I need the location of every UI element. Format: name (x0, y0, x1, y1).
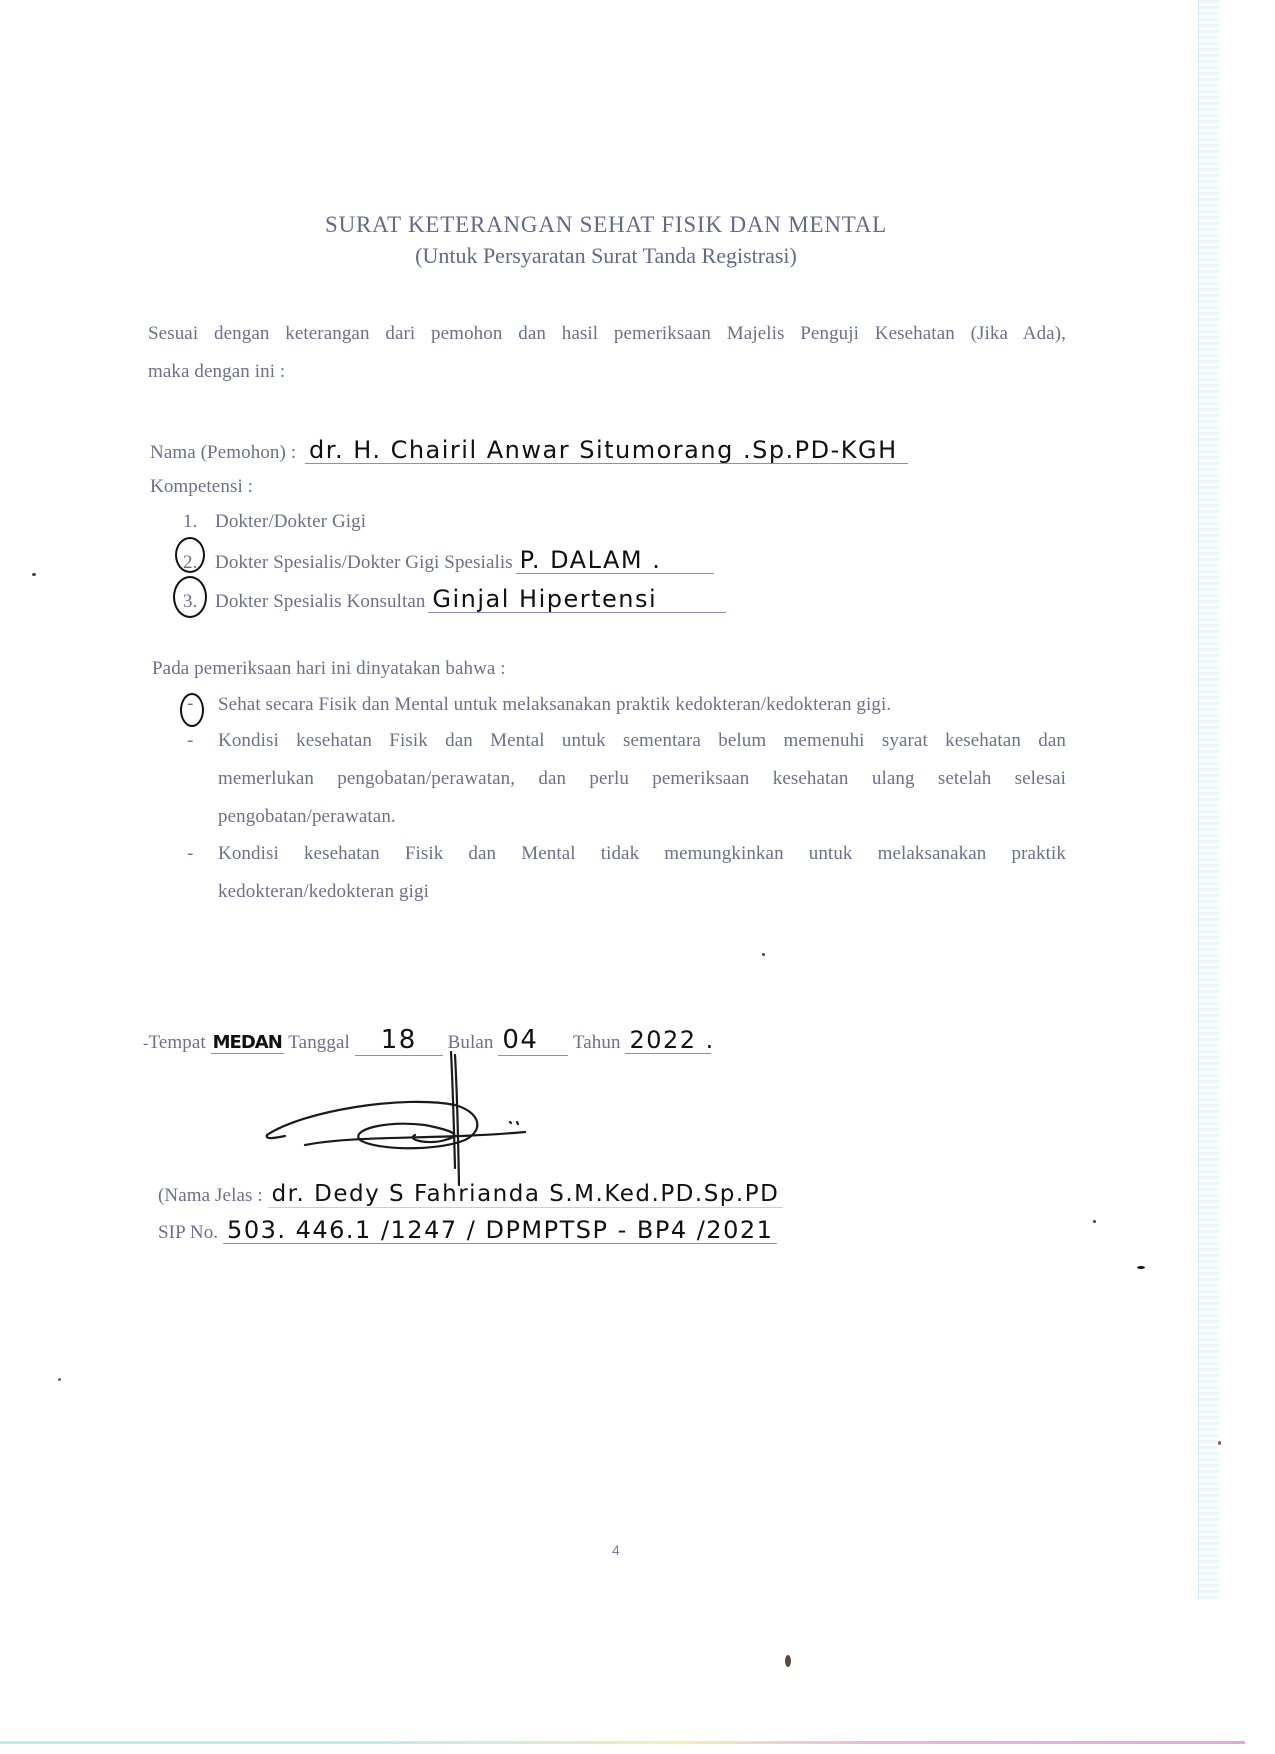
page-number: 4 (612, 1542, 620, 1558)
place-label: Tempat (148, 1032, 205, 1053)
competence-item-1: 1.Dokter/Dokter Gigi (183, 511, 366, 533)
competence-item-label: Dokter Spesialis Konsultan (215, 591, 426, 612)
option-2-line-1: Kondisi kesehatan Fisik dan Mental untuk… (218, 730, 1066, 752)
competence-item-label: Dokter/Dokter Gigi (215, 511, 366, 532)
competence-item-number: 1. (183, 511, 215, 533)
scan-artifact-bottom-line (0, 1741, 1245, 1744)
scan-speck (762, 953, 765, 956)
option-bullet: - (187, 730, 193, 752)
scan-speck (32, 573, 36, 576)
document-subtitle: (Untuk Persyaratan Surat Tanda Registras… (0, 243, 1212, 269)
option-bullet: - (187, 693, 193, 715)
option-2-line-2: memerlukan pengobatan/perawatan, dan per… (218, 768, 1066, 790)
intro-line-1: Sesuai dengan keterangan dari pemohon da… (148, 323, 1066, 345)
scan-speck (785, 1655, 791, 1667)
option-2-line-3: pengobatan/perawatan. (218, 806, 396, 828)
statement-label: Pada pemeriksaan hari ini dinyatakan bah… (152, 658, 506, 680)
scan-artifact-band (1198, 0, 1219, 1600)
competence-item-3: 3.Dokter Spesialis Konsultan Ginjal Hipe… (183, 586, 726, 613)
option-1-line-1: Sehat secara Fisik dan Mental untuk mela… (218, 694, 891, 716)
applicant-row: Nama (Pemohon) : dr. H. Chairil Anwar Si… (150, 437, 908, 464)
specialist-field[interactable]: P. DALAM . (516, 547, 714, 574)
year-field[interactable]: 2022 . (625, 1027, 711, 1054)
year-label: Tahun (573, 1032, 621, 1053)
option-3-line-2: kedokteran/kedokteran gigi (218, 881, 429, 903)
option-bullet: - (187, 843, 193, 865)
signer-name-field[interactable]: dr. Dedy S Fahrianda S.M.Ked.PD.Sp.PD (268, 1182, 784, 1208)
competence-item-2: 2.Dokter Spesialis/Dokter Gigi Spesialis… (183, 547, 714, 574)
competence-item-number: 2. (183, 552, 215, 574)
sip-row: SIP No. 503. 446.1 /1247 / DPMPTSP - BP4… (158, 1217, 777, 1244)
sip-label: SIP No. (158, 1222, 218, 1243)
signature (255, 1040, 555, 1190)
document-title: SURAT KETERANGAN SEHAT FISIK DAN MENTAL (0, 212, 1212, 238)
scan-speck (58, 1378, 61, 1381)
applicant-name-field[interactable]: dr. H. Chairil Anwar Situmorang .Sp.PD-K… (305, 437, 908, 464)
sip-field[interactable]: 503. 446.1 /1247 / DPMPTSP - BP4 /2021 (223, 1217, 777, 1244)
scan-speck (1093, 1220, 1096, 1223)
scan-speck (1218, 1441, 1221, 1445)
competence-item-number: 3. (183, 591, 215, 613)
signer-name-row: (Nama Jelas : dr. Dedy S Fahrianda S.M.K… (158, 1182, 783, 1208)
competence-item-label: Dokter Spesialis/Dokter Gigi Spesialis (215, 552, 513, 573)
intro-line-2: maka dengan ini : (148, 361, 285, 383)
signer-name-label: (Nama Jelas : (158, 1185, 263, 1206)
option-3-line-1: Kondisi kesehatan Fisik dan Mental tidak… (218, 843, 1066, 865)
consultant-field[interactable]: Ginjal Hipertensi (428, 586, 726, 613)
applicant-label: Nama (Pemohon) : (150, 442, 296, 463)
competence-label: Kompetensi : (150, 476, 253, 498)
scan-speck (1137, 1266, 1145, 1269)
